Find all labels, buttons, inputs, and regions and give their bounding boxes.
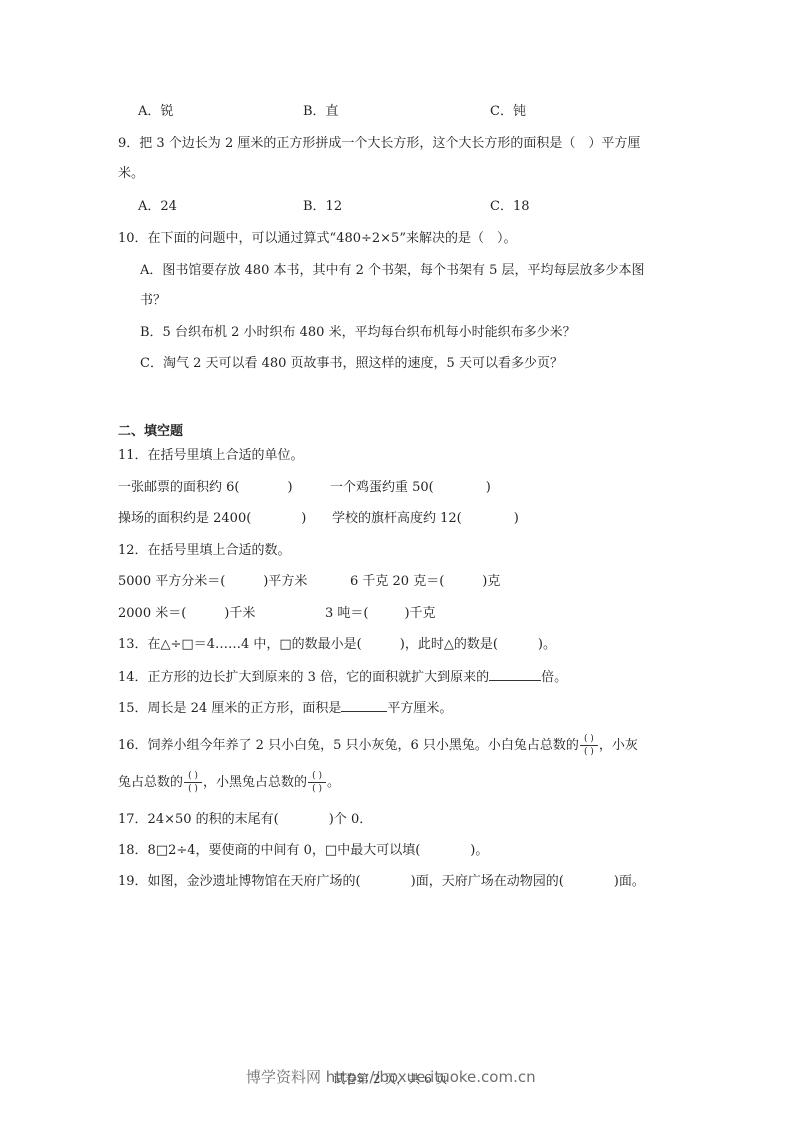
q9-stem-line2: 米。: [118, 166, 144, 182]
q17-text-2: )个 0．: [329, 812, 372, 827]
fraction-denominator: ( ): [312, 784, 322, 794]
q13: 13．在△÷□＝4……4 中，□的数最小是()，此时△的数是()。: [118, 637, 556, 653]
q11-item-4: 学校的旗杆高度约 12(): [332, 511, 519, 527]
q18-text-1: 18．8□2÷4，要使商的中间有 0，□中最大可以填(: [118, 843, 420, 858]
q10-option-b: B．5 台织布机 2 小时织布 480 米，平均每台织布机每小时能织布多少米？: [140, 325, 576, 341]
answer-underline[interactable]: [489, 668, 541, 681]
q12-item-2: 6 千克 20 克＝()克: [350, 574, 500, 590]
q19-text-1: 19．如图，金沙遗址博物馆在天府广场的(: [118, 874, 361, 889]
fraction-blank[interactable]: ( )( ): [580, 734, 598, 757]
q11-item-1: 一张邮票的面积约 6(): [118, 480, 293, 496]
q15-text-2: 平方厘米。: [387, 701, 452, 716]
q14: 14．正方形的边长扩大到原来的 3 倍，它的面积就扩大到原来的倍。: [118, 668, 567, 686]
q12-item-1-text: 5000 平方分米＝(: [118, 574, 225, 589]
section-title: 二、填空题: [118, 424, 183, 440]
q11-item-3-text: 操场的面积约是 2400(: [118, 511, 251, 526]
q11-item-3: 操场的面积约是 2400(): [118, 511, 306, 527]
q9-option-c: C．18: [490, 199, 530, 215]
q11-item-2: 一个鸡蛋约重 50(): [330, 480, 491, 496]
q9-option-b: B．12: [303, 199, 342, 215]
fraction-denominator: ( ): [584, 747, 594, 757]
q9-option-a: A．24: [138, 199, 177, 215]
watermark: 博学资料网 https://boxue.ituoke.com.cn: [246, 1068, 536, 1086]
q13-text-1: 13．在△÷□＝4……4 中，□的数最小是(: [118, 637, 362, 652]
fraction-bar: [580, 745, 598, 746]
q16-text-1: 16．饲养小组今年养了 2 只小白兔，5 只小灰兔，6 只小黑兔。小白兔占总数的: [118, 738, 579, 753]
q12-item-2-text: 6 千克 20 克＝(: [350, 574, 444, 589]
q12-item-3-unit: )千米: [224, 606, 255, 621]
q16-text-2-end: 。: [327, 775, 340, 790]
q16-text-2b: ，小黑兔占总数的: [203, 775, 307, 790]
q11-item-4-text: 学校的旗杆高度约 12(: [332, 511, 462, 526]
q11-item-2-close: ): [486, 480, 491, 495]
fraction-blank[interactable]: ( )( ): [308, 771, 326, 794]
q12-item-4-unit: )千克: [404, 606, 435, 621]
q15-text-1: 15．周长是 24 厘米的正方形，面积是: [118, 701, 341, 716]
q18: 18．8□2÷4，要使商的中间有 0，□中最大可以填()。: [118, 843, 488, 859]
q11-item-3-close: ): [301, 511, 306, 526]
q17: 17．24×50 的积的末尾有()个 0．: [118, 812, 372, 828]
fraction-bar: [184, 782, 202, 783]
q19-text-2: )面，天府广场在动物园的(: [411, 874, 564, 889]
q9-stem-line1: 9．把 3 个边长为 2 厘米的正方形拼成一个大长方形，这个大长方形的面积是（ …: [118, 136, 640, 152]
q8-option-b: B．直: [303, 104, 339, 120]
q16-text-2a: 兔占总数的: [118, 775, 183, 790]
fraction-blank[interactable]: ( )( ): [184, 771, 202, 794]
q11-item-1-text: 一张邮票的面积约 6(: [118, 480, 239, 495]
fraction-numerator: ( ): [584, 734, 594, 744]
q8-option-a: A．锐: [138, 104, 173, 120]
q12-stem: 12．在括号里填上合适的数。: [118, 543, 291, 559]
q10-option-c: C．淘气 2 天可以看 480 页故事书，照这样的速度，5 天可以看多少页？: [140, 356, 563, 372]
q19: 19．如图，金沙遗址博物馆在天府广场的()面，天府广场在动物园的()面。: [118, 874, 645, 890]
q16-line2: 兔占总数的( )( )，小黑兔占总数的( )( )。: [118, 770, 340, 796]
q14-text-1: 14．正方形的边长扩大到原来的 3 倍，它的面积就扩大到原来的: [118, 670, 489, 685]
q13-text-3: )。: [538, 637, 556, 652]
q12-item-1-unit: )平方米: [263, 574, 307, 589]
q12-item-4: 3 吨＝()千克: [325, 606, 436, 622]
q10-option-a-line2: 书？: [140, 293, 166, 309]
q10-option-a-line1: A．图书馆要存放 480 本书，其中有 2 个书架，每个书架有 5 层，平均每层…: [140, 263, 645, 279]
q11-item-4-close: ): [514, 511, 519, 526]
answer-underline[interactable]: [341, 699, 387, 712]
q11-item-1-close: ): [287, 480, 292, 495]
q11-stem: 11．在括号里填上合适的单位。: [118, 448, 304, 464]
q15: 15．周长是 24 厘米的正方形，面积是平方厘米。: [118, 699, 452, 717]
q11-item-2-text: 一个鸡蛋约重 50(: [330, 480, 434, 495]
q12-item-3-text: 2000 米＝(: [118, 606, 186, 621]
fraction-bar: [308, 782, 326, 783]
q19-text-3: )面。: [614, 874, 645, 889]
fraction-denominator: ( ): [188, 784, 198, 794]
fraction-numerator: ( ): [188, 771, 198, 781]
q14-text-2: 倍。: [541, 670, 567, 685]
q16-text-1-end: ，小灰: [599, 738, 638, 753]
q17-text-1: 17．24×50 的积的末尾有(: [118, 812, 279, 827]
q16-line1: 16．饲养小组今年养了 2 只小白兔，5 只小灰兔，6 只小黑兔。小白兔占总数的…: [118, 733, 638, 759]
q12-item-2-unit: )克: [482, 574, 500, 589]
q8-option-c: C．钝: [490, 104, 526, 120]
q18-text-2: )。: [470, 843, 488, 858]
q12-item-4-text: 3 吨＝(: [325, 606, 368, 621]
q10-stem: 10．在下面的问题中，可以通过算式“480÷2×5”来解决的是（ ）。: [118, 231, 516, 247]
fraction-numerator: ( ): [312, 771, 322, 781]
q12-item-1: 5000 平方分米＝()平方米: [118, 574, 307, 590]
q12-item-3: 2000 米＝()千米: [118, 606, 255, 622]
q13-text-2: )，此时△的数是(: [400, 637, 498, 652]
